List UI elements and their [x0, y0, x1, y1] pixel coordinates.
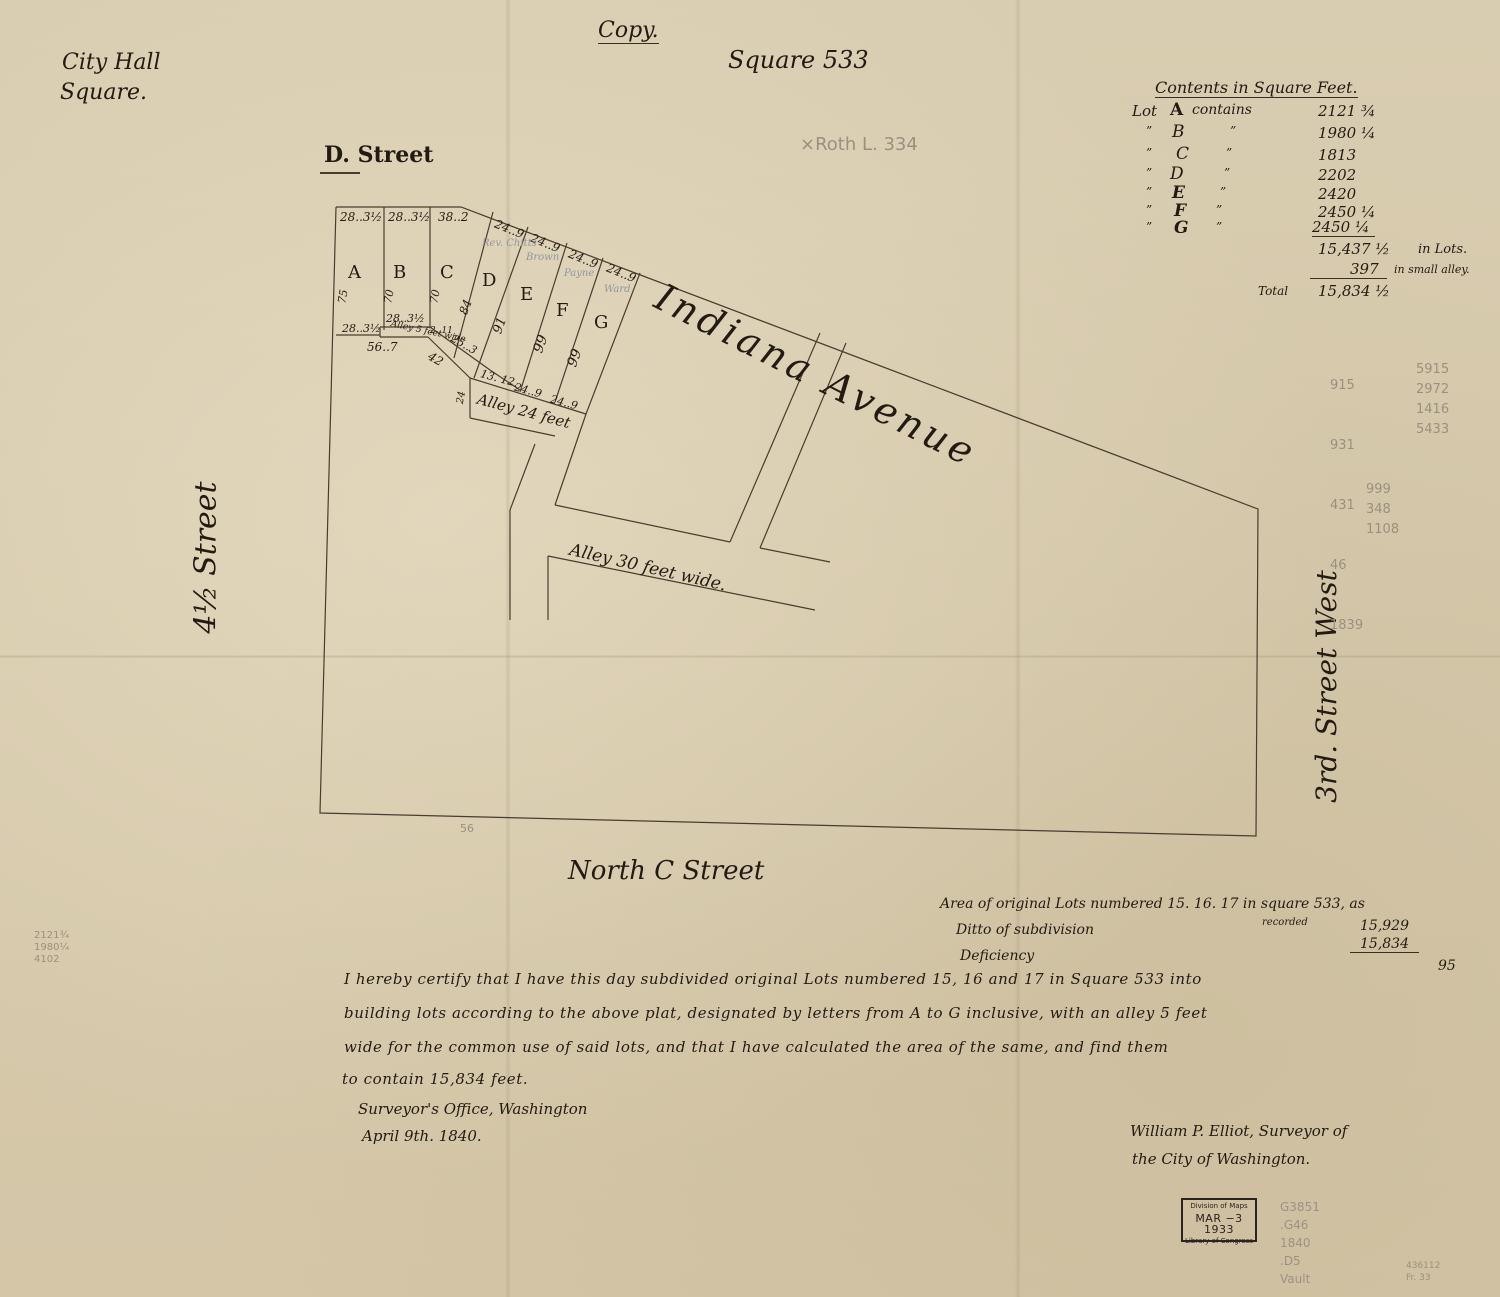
certification-line: building lots according to the above pla… [344, 1004, 1207, 1022]
lot-a-front: 28..3½ [340, 210, 382, 224]
row-lot: D [1170, 164, 1184, 184]
row-word: ” [1230, 124, 1236, 138]
call-number-line: .D5 [1280, 1252, 1320, 1270]
pencil-accession: 436112 Fr. 33 [1406, 1260, 1440, 1284]
area-line2: Ditto of subdivision [956, 922, 1094, 938]
subtotal-label: in Lots. [1418, 242, 1467, 257]
row-prefix: ” [1146, 124, 1152, 138]
stamp-date: MAR −3 1933 [1183, 1213, 1255, 1235]
bottom-pencil-note: 56 [460, 822, 474, 835]
plat-drawing [0, 0, 1500, 1297]
row-word: ” [1220, 185, 1226, 199]
small-alley-width: 56..7 [367, 340, 398, 354]
row-word: ” [1224, 166, 1230, 180]
contents-heading: Contents in Square Feet. [1155, 78, 1358, 98]
row-value: 2450 ¼ [1312, 218, 1375, 237]
lot-g-owner: Ward [604, 284, 631, 295]
call-number-line: Vault [1280, 1270, 1320, 1288]
signature-line-1: William P. Elliot, Surveyor of [1130, 1122, 1347, 1140]
lot-e-owner: Brown [526, 252, 559, 263]
row-value: 2121 ¾ [1318, 102, 1375, 120]
area-line3: Deficiency [960, 948, 1034, 964]
lot-b-letter: B [393, 262, 406, 283]
total-value: 15,834 ½ [1318, 282, 1390, 300]
row-word: contains [1192, 102, 1252, 118]
lot-c-letter: C [440, 262, 454, 283]
certification-line: wide for the common use of said lots, an… [344, 1038, 1169, 1056]
signature-line-2: the City of Washington. [1132, 1150, 1310, 1168]
lot-a-depth: 75 [335, 288, 350, 304]
lot-e-letter: E [520, 284, 533, 305]
row-prefix: ” [1146, 220, 1152, 234]
row-prefix: ” [1146, 203, 1152, 217]
row-lot: C [1176, 144, 1189, 164]
lot-f-owner: Payne [564, 268, 594, 279]
row-word: ” [1216, 220, 1222, 234]
city-hall-label-2: Square. [60, 80, 147, 105]
call-number: G3851 .G46 1840 .D5 Vault [1280, 1198, 1320, 1288]
lot-g-letter: G [594, 312, 608, 333]
pencil-calcs-a: 915 931 431 46 1839 [1330, 336, 1363, 676]
d-street-label: D. Street [324, 142, 433, 168]
pencil-calcs-c: 999 348 1108 [1366, 480, 1399, 540]
copy-mark: Copy. [598, 18, 659, 44]
lot-d-owner: Rev. Chitts [482, 238, 537, 249]
surveyor-office: Surveyor's Office, Washington [358, 1100, 587, 1118]
stamp-line-1: Division of Maps [1183, 1203, 1255, 1210]
row-value: 2202 [1318, 166, 1356, 184]
certification-line: to contain 15,834 feet. [342, 1070, 528, 1088]
row-word: ” [1226, 146, 1232, 160]
area-line1: Area of original Lots numbered 15. 16. 1… [940, 896, 1365, 912]
lot-b-front: 28..3½ [388, 210, 430, 224]
area-recorded-value: 15,929 [1360, 918, 1409, 934]
call-number-line: .G46 [1280, 1216, 1320, 1234]
row-word: ” [1216, 203, 1222, 217]
row-value: 1813 [1318, 146, 1356, 164]
total-label: Total [1258, 284, 1288, 298]
area-subdivision-value: 15,834 [1350, 936, 1419, 953]
south-street-label: North C Street [568, 856, 764, 886]
pencil-note-top: ×Roth L. 334 [800, 134, 918, 155]
pencil-calcs-b: 5915 2972 1416 5433 [1416, 360, 1449, 440]
lot-c-front: 38..2 [438, 210, 469, 224]
call-number-line: 1840 [1280, 1234, 1320, 1252]
lot-d-letter: D [482, 270, 496, 291]
row-lot: A [1170, 100, 1183, 120]
area-recorded-word: recorded [1262, 917, 1308, 928]
row-prefix: ” [1146, 185, 1152, 199]
call-number-line: G3851 [1280, 1198, 1320, 1216]
row-lot: B [1172, 122, 1185, 142]
row-value: 1980 ¼ [1318, 124, 1375, 142]
row-value: 2420 [1318, 185, 1356, 203]
west-street-label: 4½ Street [189, 481, 224, 633]
stamp-line-3: Library of Congress [1183, 1238, 1255, 1245]
small-alley-short: 24 [455, 390, 468, 404]
lot-a-rear: 28..3½ [342, 322, 381, 335]
lot-a-letter: A [348, 262, 361, 283]
lot-b-depth: 70 [381, 288, 396, 304]
alley-area-label: in small alley. [1394, 263, 1470, 276]
area-deficiency-value: 95 [1438, 958, 1456, 974]
alley-area-value: 397 [1310, 260, 1387, 279]
lot-f-letter: F [556, 300, 569, 321]
row-lot: G [1174, 218, 1189, 238]
subtotal-value: 15,437 ½ [1318, 240, 1390, 258]
pencil-left-note: 2121¾ 1980¼ 4102 [34, 930, 69, 966]
lot-c-depth: 70 [427, 288, 442, 304]
row-lot: E [1172, 183, 1185, 203]
certification-date: April 9th. 1840. [362, 1127, 482, 1145]
map-sheet: Copy. Square 533 ×Roth L. 334 City Hall … [0, 0, 1500, 1297]
certification-line: I hereby certify that I have this day su… [344, 970, 1202, 988]
city-hall-label-1: City Hall [62, 50, 161, 75]
row-prefix: Lot [1132, 102, 1157, 120]
library-stamp: Division of Maps MAR −3 1933 Library of … [1181, 1198, 1257, 1242]
row-prefix: ” [1146, 166, 1152, 180]
row-prefix: ” [1146, 146, 1152, 160]
page-title: Square 533 [728, 46, 869, 74]
